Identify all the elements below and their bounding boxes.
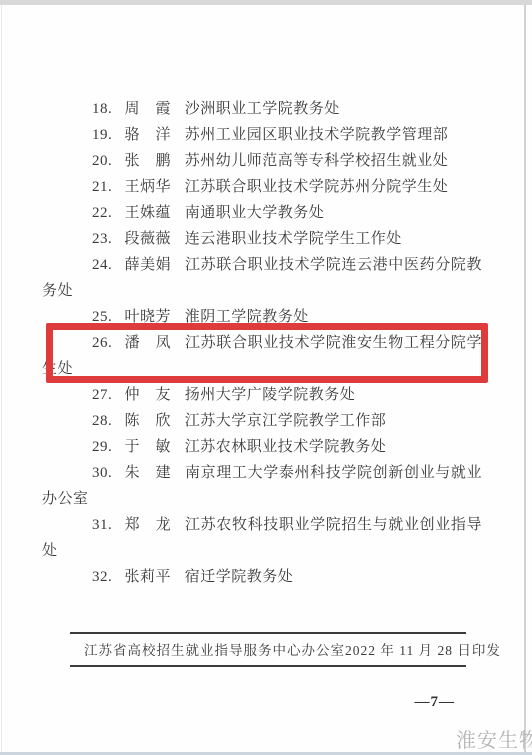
- list-item: 29. 于 敏 江苏农林职业技术学院教务处: [42, 434, 482, 460]
- item-name: 叶晓芳: [125, 304, 173, 330]
- imprint-footer: 江苏省高校招生就业指导服务中心办公室 2022 年 11 月 28 日印发: [70, 632, 466, 667]
- list-item: 22. 王姝蕴 南通职业大学教务处: [42, 200, 482, 226]
- item-organization: 淮阴工学院教务处: [185, 309, 309, 325]
- item-number: 32.: [92, 569, 112, 585]
- item-number: 28.: [92, 413, 112, 429]
- item-name: 潘 凤: [125, 330, 173, 356]
- item-organization: 江苏农林职业技术学院教务处: [185, 439, 387, 455]
- item-number: 22.: [92, 205, 112, 221]
- list-item: 31. 郑 龙 江苏农牧科技职业学院招生与就业创业指导处: [42, 512, 482, 564]
- scan-edge-left: [1, 5, 2, 755]
- item-name: 薛美娟: [125, 252, 173, 278]
- item-number: 20.: [92, 153, 112, 169]
- list-item: 27. 仲 友 扬州大学广陵学院教务处: [42, 382, 482, 408]
- item-organization: 江苏联合职业技术学院苏州分院学生处: [185, 179, 449, 195]
- item-name: 陈 欣: [125, 408, 173, 434]
- list-item: 24. 薛美娟 江苏联合职业技术学院连云港中医药分院教务处: [42, 252, 482, 304]
- list-item: 23. 段薇薇 连云港职业技术学院学生工作处: [42, 226, 482, 252]
- item-organization: 连云港职业技术学院学生工作处: [185, 231, 402, 247]
- item-name: 骆 洋: [125, 122, 173, 148]
- item-organization: 江苏大学京江学院教学工作部: [185, 413, 387, 429]
- item-number: 27.: [92, 387, 112, 403]
- list-item: 28. 陈 欣 江苏大学京江学院教学工作部: [42, 408, 482, 434]
- list-item: 20. 张 鹏 苏州幼儿师范高等专科学校招生就业处: [42, 148, 482, 174]
- list-item: 21. 王炳华 江苏联合职业技术学院苏州分院学生处: [42, 174, 482, 200]
- item-name: 张 鹏: [125, 148, 173, 174]
- item-number: 31.: [92, 517, 112, 533]
- item-number: 26.: [92, 335, 112, 351]
- imprint-issuer: 江苏省高校招生就业指导服务中心办公室: [84, 639, 345, 659]
- item-name: 仲 友: [125, 382, 173, 408]
- imprint-date: 2022 年 11 月 28 日印发: [345, 639, 501, 659]
- item-name: 周 霞: [125, 96, 173, 122]
- scan-edge-right: [524, 5, 526, 755]
- list-item: 19. 骆 洋 苏州工业园区职业技术学院教学管理部: [42, 122, 482, 148]
- item-number: 21.: [92, 179, 112, 195]
- item-name: 郑 龙: [125, 512, 173, 538]
- highlight-box: [46, 323, 488, 383]
- item-name: 于 敏: [125, 434, 173, 460]
- item-number: 23.: [92, 231, 112, 247]
- item-number: 24.: [92, 257, 112, 273]
- item-number: 18.: [92, 101, 112, 117]
- item-number: 25.: [92, 309, 112, 325]
- item-name: 王炳华: [125, 174, 173, 200]
- item-name: 段薇薇: [125, 226, 173, 252]
- item-name: 张莉平: [125, 564, 173, 590]
- item-organization: 南通职业大学教务处: [185, 205, 325, 221]
- item-organization: 沙洲职业工学院教务处: [185, 101, 340, 117]
- item-organization: 扬州大学广陵学院教务处: [185, 387, 356, 403]
- attendee-list: 18. 周 霞 沙洲职业工学院教务处 19. 骆 洋 苏州工业园区职业技术学院教…: [42, 96, 482, 590]
- item-organization: 苏州幼儿师范高等专科学校招生就业处: [185, 153, 449, 169]
- item-number: 29.: [92, 439, 112, 455]
- list-item: 25. 叶晓芳 淮阴工学院教务处: [42, 304, 482, 330]
- item-number: 30.: [92, 465, 112, 481]
- item-number: 19.: [92, 127, 112, 143]
- item-organization: 苏州工业园区职业技术学院教学管理部: [185, 127, 449, 143]
- item-organization: 宿迁学院教务处: [185, 569, 294, 585]
- list-item: 32. 张莉平 宿迁学院教务处: [42, 564, 482, 590]
- scan-edge-top: [0, 0, 532, 5]
- list-item: 18. 周 霞 沙洲职业工学院教务处: [42, 96, 482, 122]
- item-name: 王姝蕴: [125, 200, 173, 226]
- list-item: 26. 潘 凤 江苏联合职业技术学院淮安生物工程分院学生处: [42, 330, 482, 382]
- watermark-text: 淮安生物: [456, 724, 532, 753]
- list-item: 30. 朱 建 南京理工大学泰州科技学院创新创业与就业办公室: [42, 460, 482, 512]
- page-number: —7—: [415, 694, 456, 711]
- item-name: 朱 建: [125, 460, 173, 486]
